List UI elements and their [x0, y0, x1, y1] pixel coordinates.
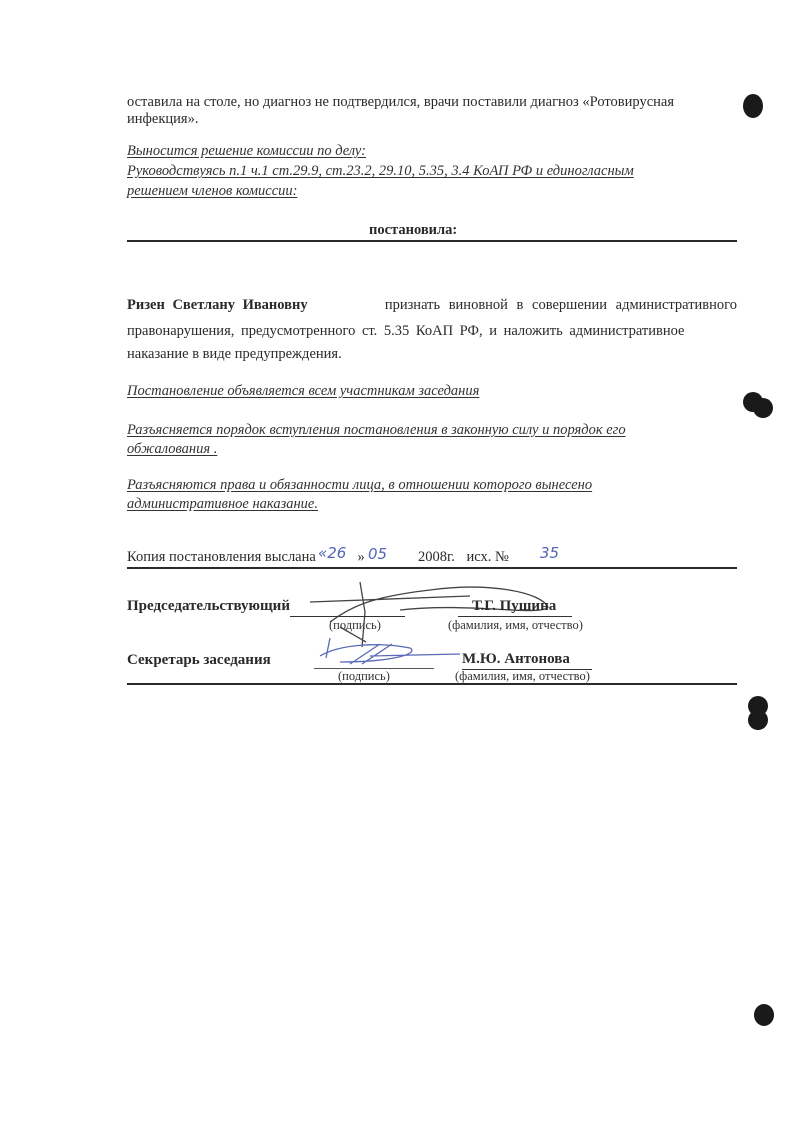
- defendant-name: Ризен Светлану Ивановну: [127, 296, 308, 315]
- divider-bottom: [127, 683, 737, 685]
- notice-rights-line-2: административное наказание.: [127, 495, 318, 514]
- punch-hole-lower-mid-2: [748, 710, 768, 730]
- punch-hole-bottom: [754, 1004, 774, 1026]
- secretary-signature: [300, 636, 480, 676]
- intro-line-1: оставила на столе, но диагноз не подтвер…: [127, 93, 674, 112]
- secretary-role: Секретарь заседания: [127, 651, 271, 670]
- copy-sent-label: Копия постановления выслана: [127, 549, 316, 565]
- resolved-label: постановила:: [369, 221, 457, 240]
- guided-by-line-2: решением членов комиссии:: [127, 182, 298, 201]
- chair-name-caption: (фамилия, имя, отчество): [448, 616, 583, 635]
- verdict-line-1-rest: признать виновной в совершении администр…: [385, 296, 737, 315]
- handwritten-ref-number: 35: [540, 544, 559, 562]
- notice-appeal-line-2: обжалования .: [127, 440, 217, 459]
- verdict-line-3: наказание в виде предупреждения.: [127, 345, 342, 364]
- chair-name: Т.Г. Пушина: [458, 597, 572, 617]
- decision-heading: Выносится решение комиссии по делу:: [127, 142, 366, 161]
- handwritten-day: «26: [318, 544, 346, 562]
- divider-copy-sent: [127, 567, 737, 569]
- ref-label: исх. №: [467, 549, 509, 565]
- verdict-line-1: Ризен Светлану Ивановну признать виновно…: [127, 296, 737, 315]
- intro-line-2: инфекция».: [127, 110, 198, 129]
- handwritten-month: 05: [368, 545, 387, 563]
- verdict-line-2: правонарушения, предусмотренного ст. 5.3…: [127, 322, 684, 341]
- chair-signature-caption: (подпись): [329, 616, 381, 635]
- divider-resolved: [127, 240, 737, 242]
- notice-appeal-line-1: Разъясняется порядок вступления постанов…: [127, 421, 626, 440]
- copy-sent-year: 2008г.: [418, 549, 455, 565]
- notice-rights-line-1: Разъясняются права и обязанности лица, в…: [127, 476, 592, 495]
- punch-hole-top: [743, 94, 763, 118]
- guided-by-line-1: Руководствуясь п.1 ч.1 ст.29.9, ст.23.2,…: [127, 162, 735, 181]
- notice-announced: Постановление объявляется всем участника…: [127, 382, 479, 401]
- scanned-document-page: оставила на столе, но диагноз не подтвер…: [0, 0, 800, 1131]
- chair-role: Председательствующий: [127, 597, 405, 617]
- copy-sent-day-close: »: [357, 549, 364, 565]
- punch-hole-upper-mid-2: [753, 398, 773, 418]
